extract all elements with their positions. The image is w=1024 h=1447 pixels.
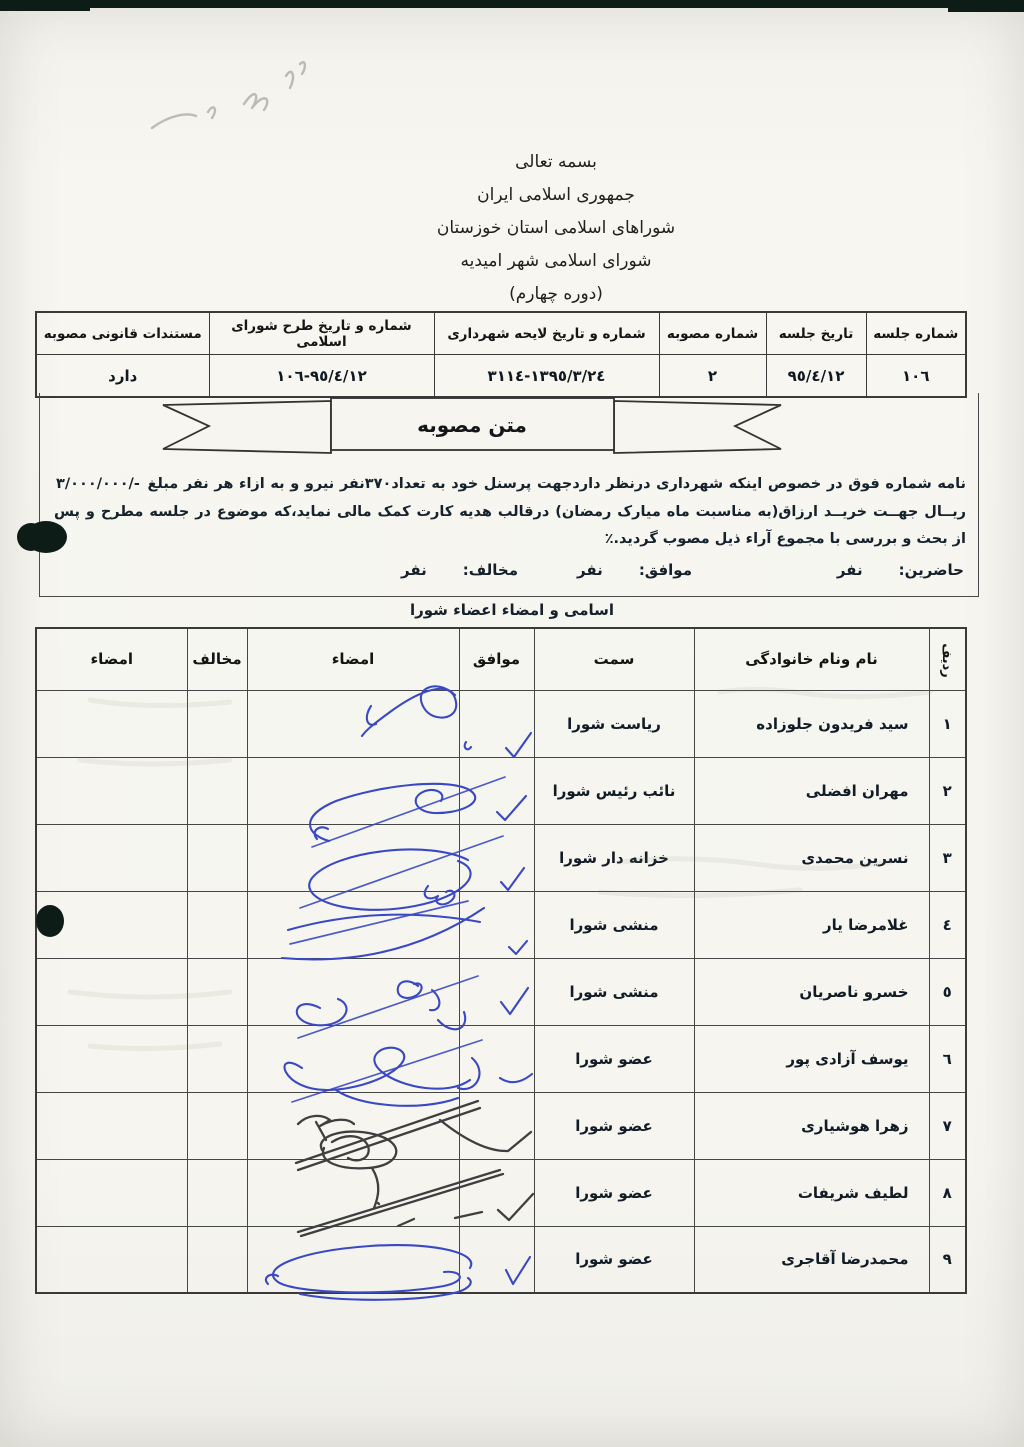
row-number-cell: ٤ [929, 891, 966, 958]
scanned-council-resolution-page: بسمه تعالی جمهوری اسلامی ایران شوراهای ا… [0, 0, 1024, 1447]
meta-table: شماره جلسه تاریخ جلسه شماره مصوبه شماره … [35, 311, 967, 398]
signature-cell [247, 1159, 459, 1226]
signature-cell [247, 958, 459, 1025]
member-position: منشی شورا [534, 958, 694, 1025]
ribbon-tail-left [163, 401, 331, 453]
banner-title: متن مصوبه [417, 413, 527, 437]
meta-header-legal-docs: مستندات قانونی مصوبه [36, 312, 209, 355]
present-label: حاضرین: [899, 561, 964, 579]
header-position: سمت [534, 628, 694, 690]
header-line-city-council: شورای اسلامی شهر امیدیه [86, 245, 1024, 278]
vote-oppose-cell [187, 891, 247, 958]
resolution-frame: متن مصوبه نامه شماره فوق در خصوص اینکه ش… [39, 393, 979, 597]
signature-cell [247, 690, 459, 757]
header-agree: موافق [459, 628, 534, 690]
document-header: بسمه تعالی جمهوری اسلامی ایران شوراهای ا… [86, 146, 1024, 311]
attendance-agree: موافق: نفر [577, 561, 692, 579]
member-position: عضو شورا [534, 1226, 694, 1293]
header-name: نام ونام خانوادگی [694, 628, 929, 690]
member-position: نائب رئیس شورا [534, 757, 694, 824]
signature-cell-2 [36, 1025, 187, 1092]
signature-cell [247, 1226, 459, 1293]
signature-cell-2 [36, 1092, 187, 1159]
attendance-present: حاضرین: نفر [837, 561, 964, 579]
members-table: ردیف نام ونام خانوادگی سمت موافق امضاء م… [35, 627, 967, 1294]
member-name: زهرا هوشیاری [694, 1092, 929, 1159]
meta-header-session-no: شماره جلسه [866, 312, 966, 355]
member-name: نسرین محمدی [694, 824, 929, 891]
row-number-cell: ٩ [929, 1226, 966, 1293]
scan-edge-artifact [0, 0, 1024, 8]
member-position: عضو شورا [534, 1025, 694, 1092]
vote-agree-cell [459, 1159, 534, 1226]
signature-cell-2 [36, 1159, 187, 1226]
member-position: خزانه دار شورا [534, 824, 694, 891]
header-line-republic: جمهوری اسلامی ایران [86, 179, 1024, 212]
resolution-text-part1: نامه شماره فوق در خصوص اینکه شهرداری درن… [142, 476, 966, 492]
vote-oppose-cell [187, 690, 247, 757]
vote-agree-cell [459, 958, 534, 1025]
resolution-text: نامه شماره فوق در خصوص اینکه شهرداری درن… [54, 471, 966, 554]
meta-header-plan-no-date: شماره و تاریخ طرح شورای اسلامی [209, 312, 434, 355]
meta-header-resolution-no: شماره مصوبه [659, 312, 766, 355]
signature-cell [247, 824, 459, 891]
agree-count: نفر [577, 561, 603, 579]
vote-agree-cell [459, 1025, 534, 1092]
signature-cell [247, 757, 459, 824]
pencil-note [152, 62, 305, 128]
signature-cell [247, 1092, 459, 1159]
oppose-count: نفر [401, 561, 427, 579]
signature-cell-2 [36, 891, 187, 958]
row-number-cell: ٧ [929, 1092, 966, 1159]
signature-cell-2 [36, 757, 187, 824]
row-number-cell: ٢ [929, 757, 966, 824]
vote-oppose-cell [187, 757, 247, 824]
vote-agree-cell [459, 891, 534, 958]
vote-oppose-cell [187, 958, 247, 1025]
member-name: مهران افضلی [694, 757, 929, 824]
header-line-basmala: بسمه تعالی [86, 146, 1024, 179]
member-position: منشی شورا [534, 891, 694, 958]
row-number-cell: ٥ [929, 958, 966, 1025]
row-number-cell: ٨ [929, 1159, 966, 1226]
signature-cell-2 [36, 824, 187, 891]
member-name: محمدرضا آقاجری [694, 1226, 929, 1293]
meta-value-session-date: ٩٥/٤/١٢ [766, 355, 866, 398]
meta-value-bill-no-date: ١٣٩٥/٣/٢٤-٣١١٤ [434, 355, 659, 398]
present-count: نفر [837, 561, 863, 579]
header-row-no: ردیف [929, 628, 966, 690]
meta-header-bill-no-date: شماره و تاریخ لایحه شهرداری [434, 312, 659, 355]
vote-oppose-cell [187, 1159, 247, 1226]
vote-oppose-cell [187, 824, 247, 891]
signature-cell-2 [36, 1226, 187, 1293]
member-position: عضو شورا [534, 1092, 694, 1159]
members-table-title: اسامی و امضاء اعضاء شورا [0, 601, 1024, 619]
member-row: ٧ زهرا هوشیاری عضو شورا [36, 1092, 966, 1159]
vote-agree-cell [459, 757, 534, 824]
members-header-row: ردیف نام ونام خانوادگی سمت موافق امضاء م… [36, 628, 966, 690]
vote-agree-cell [459, 824, 534, 891]
vote-agree-cell [459, 1092, 534, 1159]
meta-header-row: شماره جلسه تاریخ جلسه شماره مصوبه شماره … [36, 312, 966, 355]
signature-cell-2 [36, 690, 187, 757]
meta-value-resolution-no: ٢ [659, 355, 766, 398]
meta-value-legal-docs: دارد [36, 355, 209, 398]
signature-cell-2 [36, 958, 187, 1025]
agree-label: موافق: [639, 561, 692, 579]
member-position: ریاست شورا [534, 690, 694, 757]
member-row: ١ سید فریدون جلوزاده ریاست شورا [36, 690, 966, 757]
member-name: سید فریدون جلوزاده [694, 690, 929, 757]
row-number-cell: ٣ [929, 824, 966, 891]
resolution-text-part2: ریــال جهــت خریــد ارزاق(به مناسبت ماه … [54, 504, 966, 548]
ribbon-tail-right [614, 401, 781, 453]
header-oppose: مخالف [187, 628, 247, 690]
member-row: ٩ محمدرضا آقاجری عضو شورا [36, 1226, 966, 1293]
member-row: ٤ غلامرضا یار منشی شورا [36, 891, 966, 958]
member-position: عضو شورا [534, 1159, 694, 1226]
plan-number-date: ٩٥/٤/١٢-١٠٦ [276, 367, 366, 385]
header-signature: امضاء [247, 628, 459, 690]
meta-value-plan-no-date: ٩٥/٤/١٢-١٠٦ [209, 355, 434, 398]
row-number-cell: ٦ [929, 1025, 966, 1092]
member-name: خسرو ناصریان [694, 958, 929, 1025]
row-number-cell: ١ [929, 690, 966, 757]
signature-cell [247, 891, 459, 958]
bill-number-date: ١٣٩٥/٣/٢٤-٣١١٤ [488, 367, 606, 385]
vote-oppose-cell [187, 1025, 247, 1092]
vote-oppose-cell [187, 1092, 247, 1159]
signature-cell [247, 1025, 459, 1092]
meta-value-row: ١٠٦ ٩٥/٤/١٢ ٢ ١٣٩٥/٣/٢٤-٣١١٤ ٩٥/٤/١٢-١٠٦… [36, 355, 966, 398]
header-line-term: (دوره چهارم) [86, 278, 1024, 311]
meta-value-session-no: ١٠٦ [866, 355, 966, 398]
resolution-banner-ribbon: متن مصوبه [113, 395, 788, 457]
vote-oppose-cell [187, 1226, 247, 1293]
member-name: لطیف شریفات [694, 1159, 929, 1226]
vote-agree-cell [459, 690, 534, 757]
attendance-oppose: مخالف: نفر [401, 561, 518, 579]
meta-header-session-date: تاریخ جلسه [766, 312, 866, 355]
member-name: غلامرضا یار [694, 891, 929, 958]
header-line-province-councils: شوراهای اسلامی استان خوزستان [86, 212, 1024, 245]
member-row: ٣ نسرین محمدی خزانه دار شورا [36, 824, 966, 891]
amount-value: ٣/٠٠٠/٠٠٠/- [54, 471, 142, 499]
vote-agree-cell [459, 1226, 534, 1293]
member-row: ٦ یوسف آزادی پور عضو شورا [36, 1025, 966, 1092]
oppose-label: مخالف: [463, 561, 518, 579]
member-name: یوسف آزادی پور [694, 1025, 929, 1092]
member-row: ٨ لطیف شریفات عضو شورا [36, 1159, 966, 1226]
member-row: ٥ خسرو ناصریان منشی شورا [36, 958, 966, 1025]
member-row: ٢ مهران افضلی نائب رئیس شورا [36, 757, 966, 824]
header-signature-2: امضاء [36, 628, 187, 690]
